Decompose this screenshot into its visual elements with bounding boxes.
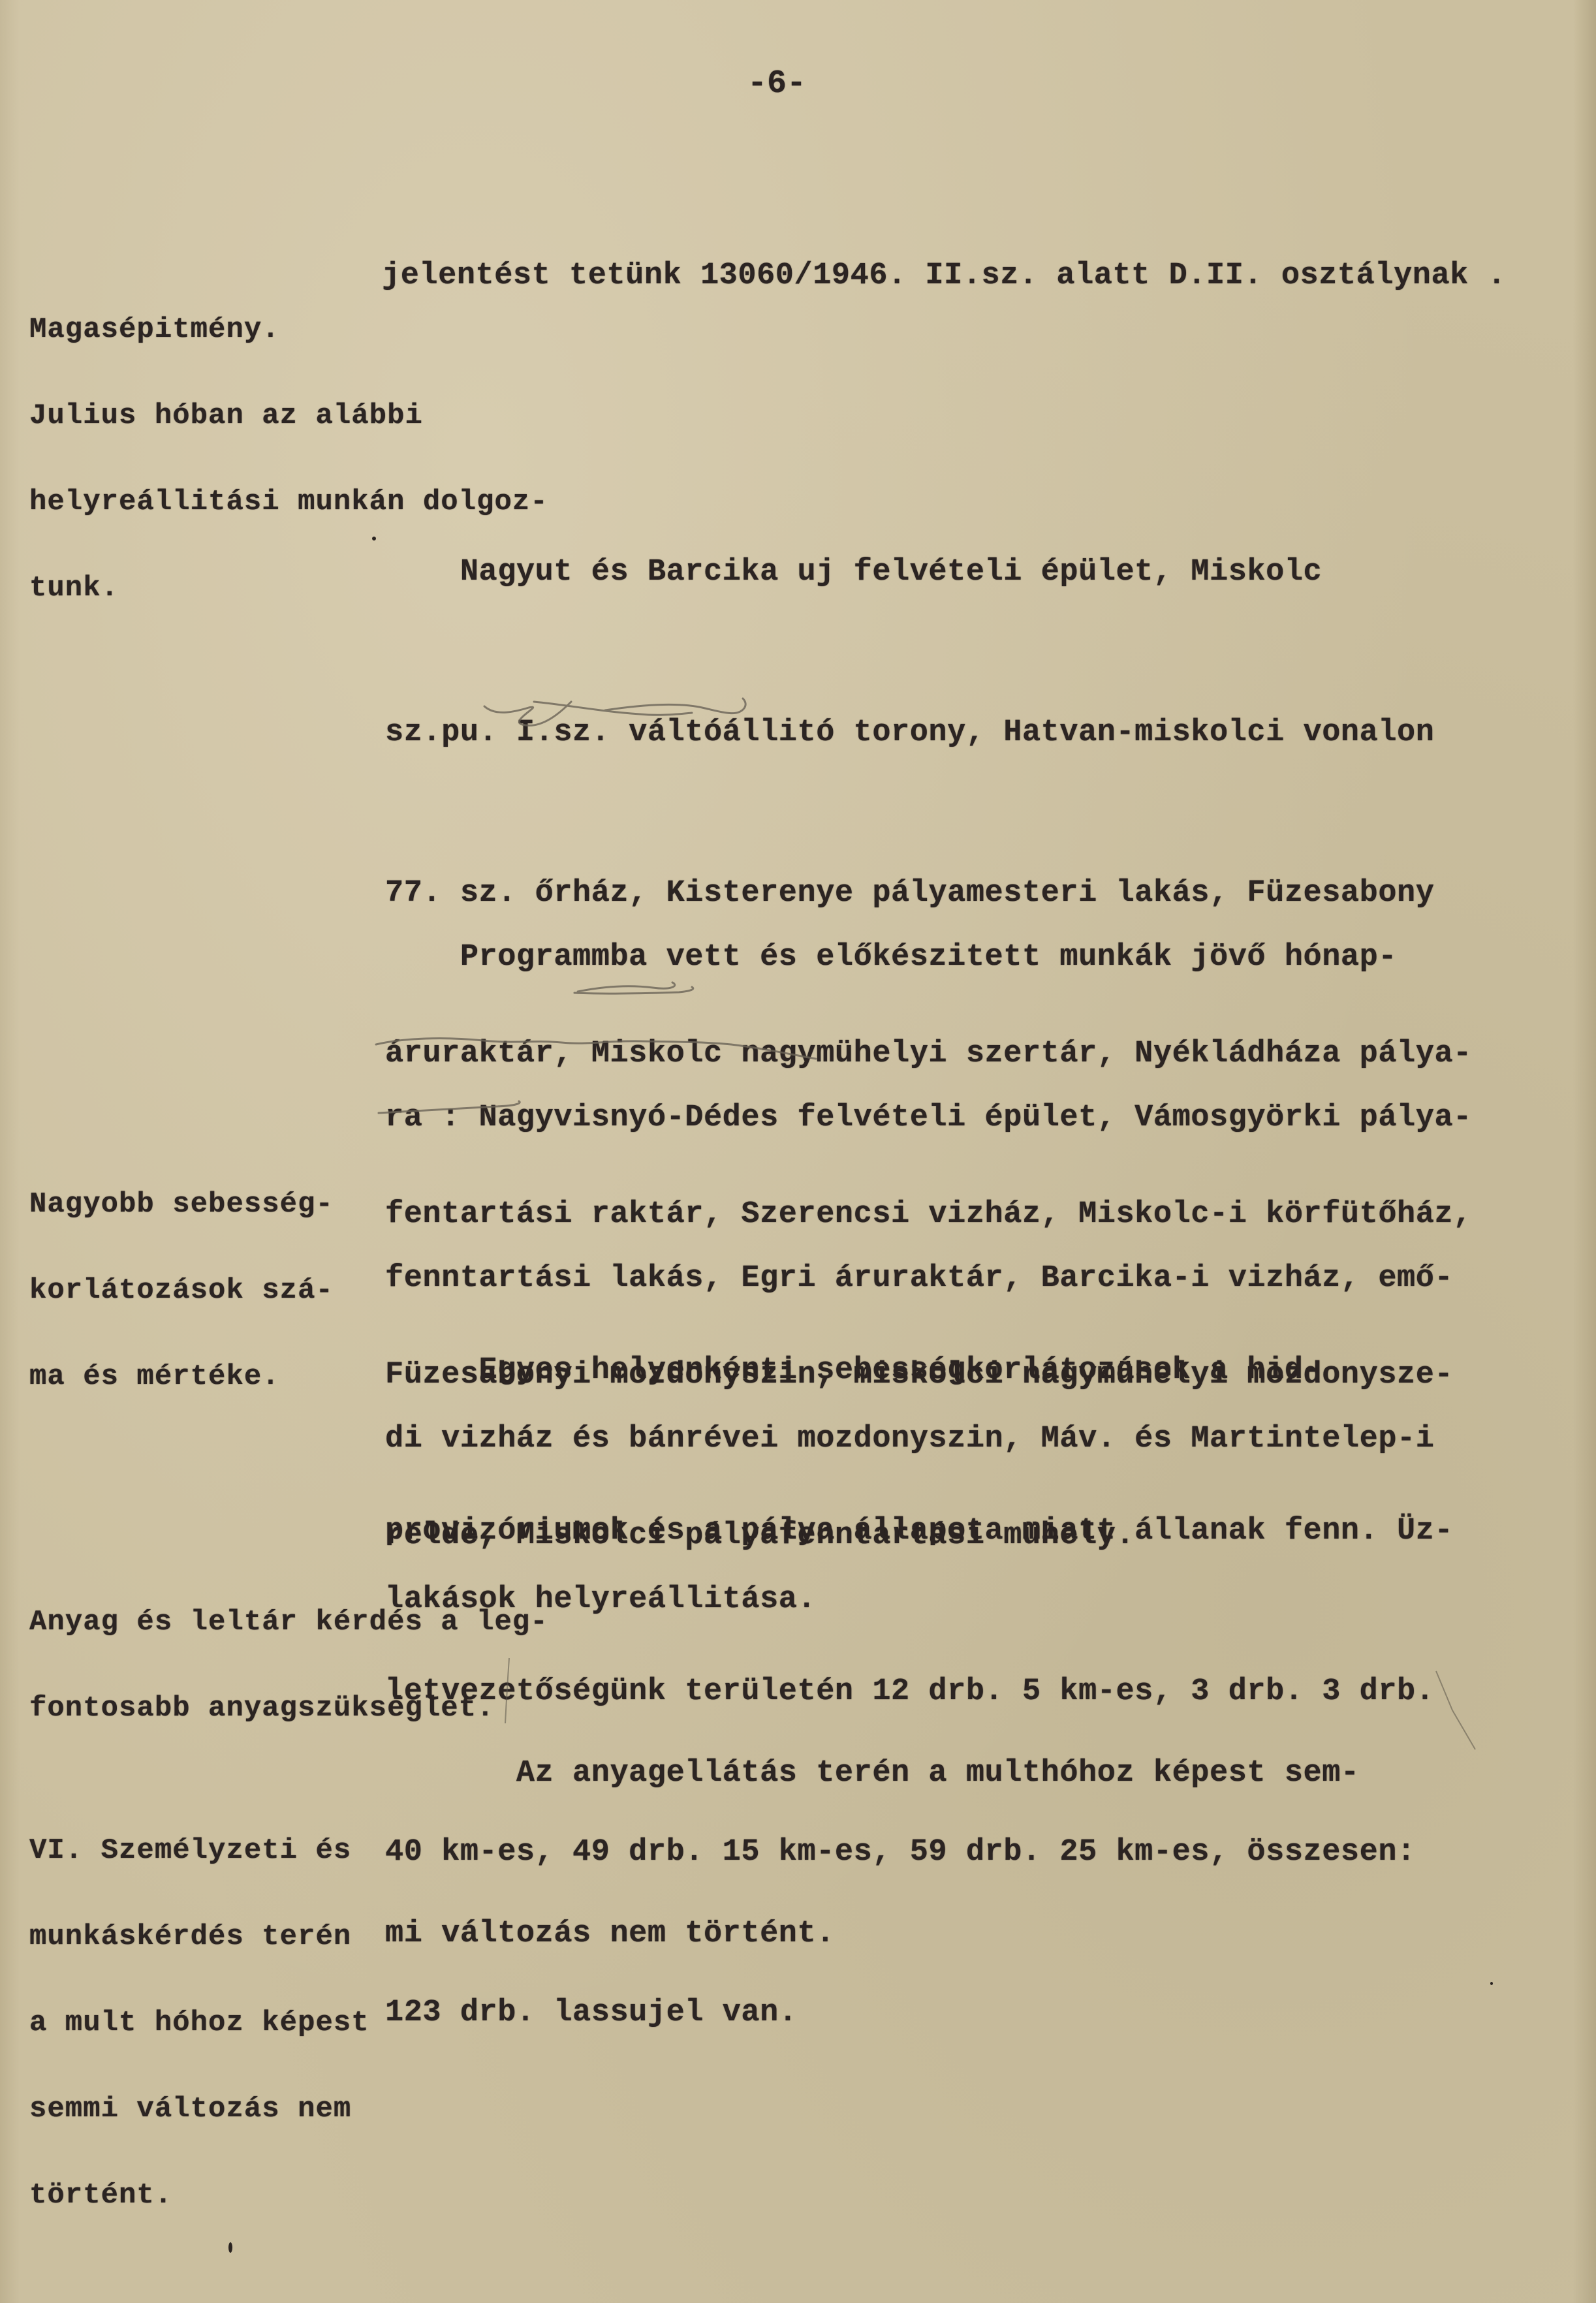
body-line: sz.pu. I.sz. váltóállitó torony, Hatvan-… bbox=[385, 706, 1472, 760]
paper-speck bbox=[372, 537, 376, 540]
paper-speck bbox=[228, 2242, 232, 2253]
margin-note-line: Magasépitmény. bbox=[29, 315, 548, 344]
margin-note-line: VI. Személyzeti és bbox=[29, 1836, 369, 1865]
margin-note-line: Julius hóban az alábbi bbox=[29, 401, 548, 430]
body-line: Programmba vett és előkészitett munkák j… bbox=[385, 931, 1472, 984]
margin-note-line: Nagyobb sebesség- bbox=[29, 1190, 334, 1219]
margin-note-line: ma és mértéke. bbox=[29, 1362, 334, 1391]
body-line: mi változás nem történt. bbox=[385, 1907, 1360, 1961]
margin-note-line: munkáskérdés terén bbox=[29, 1922, 369, 1951]
margin-note-line: történt. bbox=[29, 2181, 369, 2210]
margin-note-line: Anyag és leltár kérdés a leg- bbox=[29, 1608, 548, 1637]
body-line: Az anyagellátás terén a multhóhoz képest… bbox=[385, 1747, 1360, 1800]
paragraph-materials: Az anyagellátás terén a multhóhoz képest… bbox=[385, 1640, 1360, 2014]
body-line: ra : Nagyvisnyó-Dédes felvételi épület, … bbox=[385, 1091, 1472, 1145]
body-line: Nagyut és Barcika uj felvételi épület, M… bbox=[385, 546, 1472, 599]
margin-note-line: a mult hóhoz képest bbox=[29, 2009, 369, 2037]
margin-note-personnel: VI. Személyzeti és munkáskérdés terén a … bbox=[29, 1779, 369, 2238]
page-number: -6- bbox=[747, 65, 806, 102]
margin-note-speed-limits: Nagyobb sebesség- korlátozások szá- ma é… bbox=[29, 1133, 334, 1420]
paper-speck bbox=[1490, 1982, 1493, 1985]
opening-line: jelentést tetünk 13060/1946. II.sz. alat… bbox=[382, 142, 1506, 356]
opening-line-text: jelentést tetünk 13060/1946. II.sz. alat… bbox=[382, 249, 1506, 303]
margin-note-line: korlátozások szá- bbox=[29, 1276, 334, 1305]
margin-note-line: semmi változás nem bbox=[29, 2095, 369, 2123]
body-line: Egyes helyenkénti sebességkorlátozások a… bbox=[385, 1344, 1453, 1398]
